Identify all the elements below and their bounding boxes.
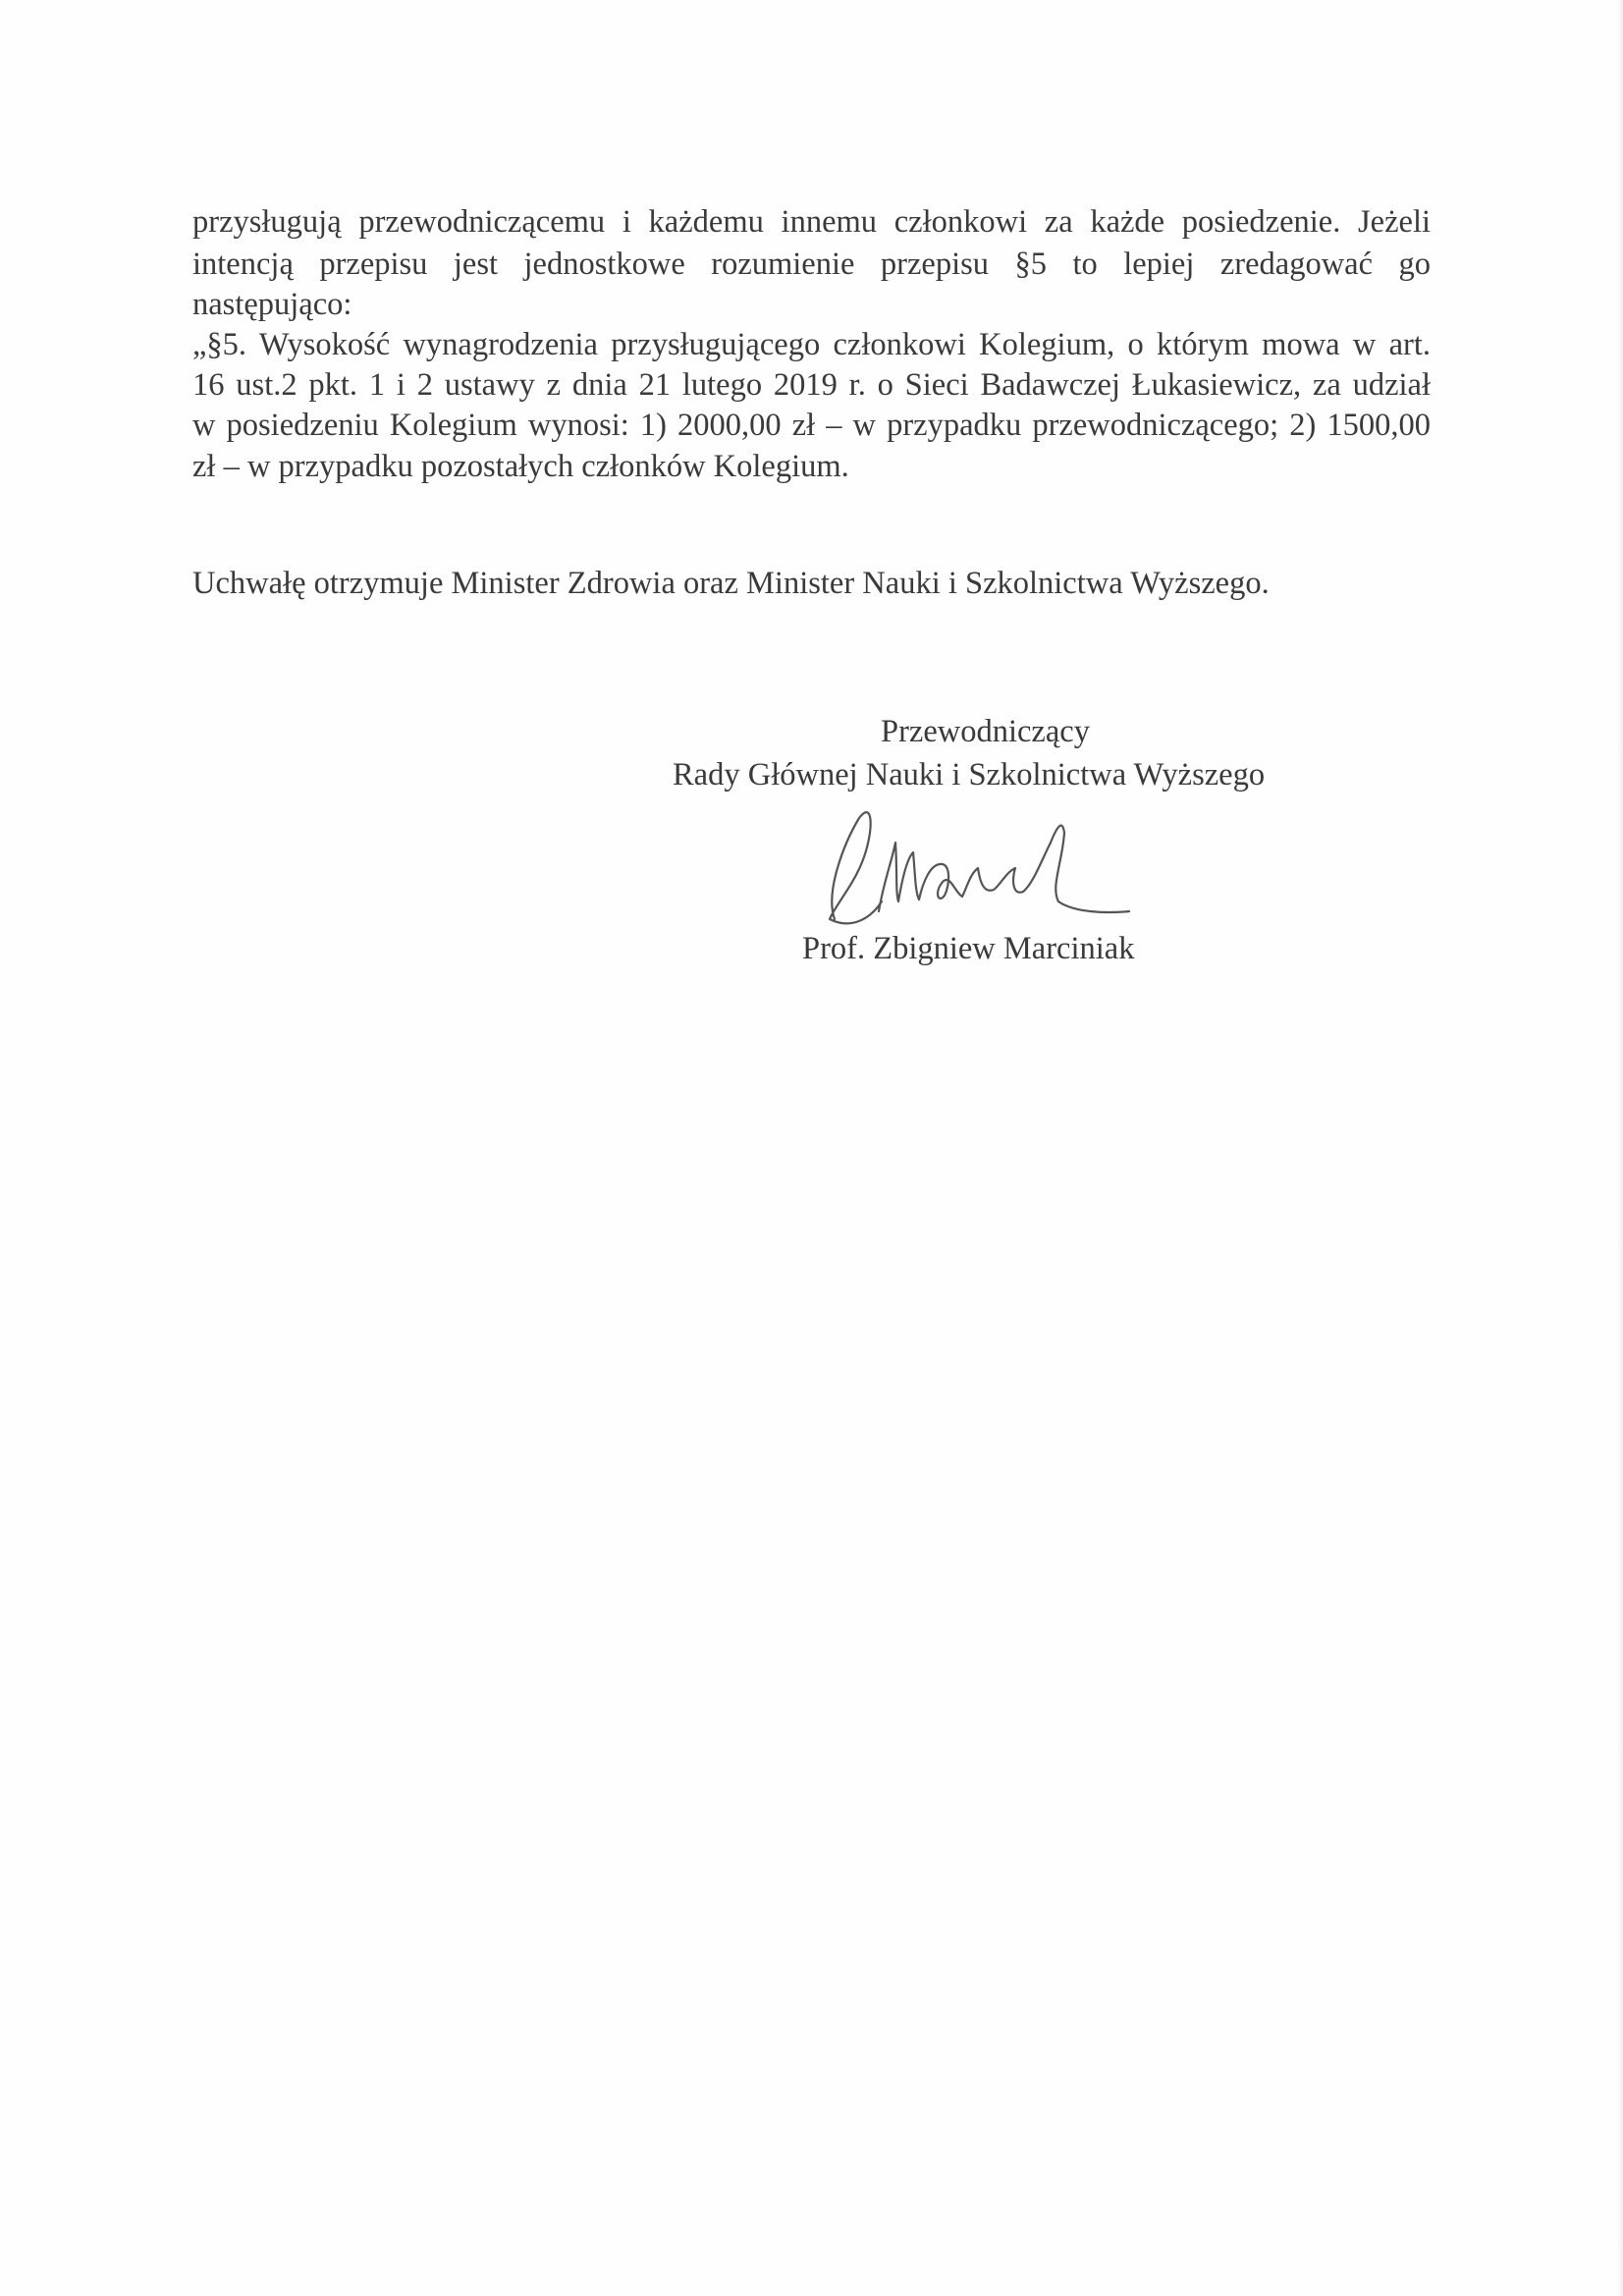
signatory-name: Prof. Zbigniew Marciniak (802, 929, 1134, 968)
body-line: zł – w przypadku pozostałych członków Ko… (192, 447, 1431, 486)
body-line: 16 ust.2 pkt. 1 i 2 ustawy z dnia 21 lut… (192, 365, 1431, 405)
body-line: „§5. Wysokość wynagrodzenia przysługując… (192, 325, 1431, 364)
signatory-organization: Rady Głównej Nauki i Szkolnictwa Wyższeg… (673, 755, 1265, 794)
body-line: przysługują przewodniczącemu i każdemu i… (192, 202, 1431, 242)
signatory-title: Przewodniczący (881, 712, 1090, 751)
document-page: przysługują przewodniczącemu i każdemu i… (0, 0, 1623, 2296)
recipients-line: Uchwałę otrzymuje Minister Zdrowia oraz … (192, 564, 1431, 603)
body-line: następująco: (192, 285, 1431, 324)
handwritten-signature-icon (805, 803, 1139, 936)
body-line: intencją przepisu jest jednostkowe rozum… (192, 245, 1431, 284)
scan-edge (1617, 0, 1623, 2296)
body-line: w posiedzeniu Kolegium wynosi: 1) 2000,0… (192, 406, 1431, 445)
